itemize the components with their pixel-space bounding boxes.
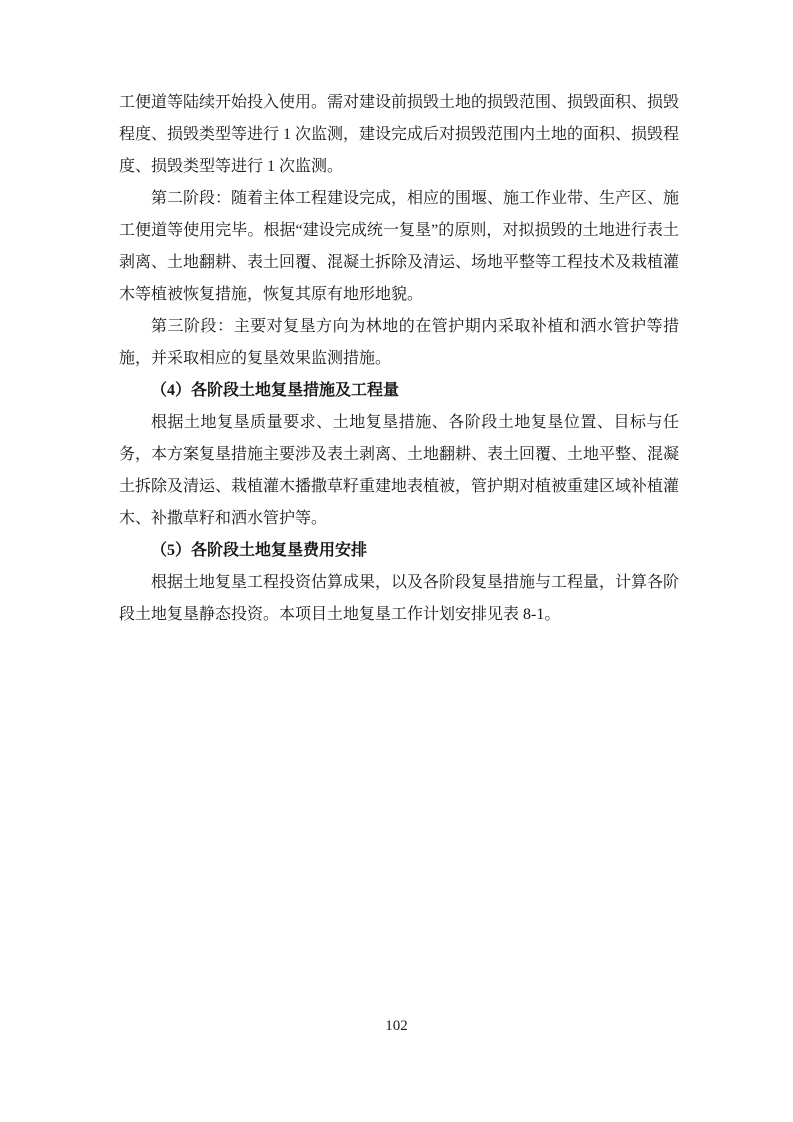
body-paragraph-stage-three: 第三阶段：主要对复垦方向为林地的在管护期内采取补植和洒水管护等措施，并采取相应的…: [119, 311, 679, 375]
section-heading-4-measures: （4）各阶段土地复垦措施及工程量: [119, 375, 679, 407]
body-paragraph-stage-two: 第二阶段：随着主体工程建设完成，相应的围堰、施工作业带、生产区、施工便道等使用完…: [119, 183, 679, 311]
document-page: 工便道等陆续开始投入使用。需对建设前损毁土地的损毁范围、损毁面积、损毁程度、损毁…: [0, 0, 793, 1122]
body-paragraph-cost-detail: 根据土地复垦工程投资估算成果，以及各阶段复垦措施与工程量，计算各阶段土地复垦静态…: [119, 567, 679, 631]
page-number: 102: [385, 1018, 408, 1034]
page-footer: 102: [0, 1014, 793, 1038]
section-heading-5-cost: （5）各阶段土地复垦费用安排: [119, 535, 679, 567]
text-block: 工便道等陆续开始投入使用。需对建设前损毁土地的损毁范围、损毁面积、损毁程度、损毁…: [119, 87, 679, 631]
body-paragraph-monitoring: 工便道等陆续开始投入使用。需对建设前损毁土地的损毁范围、损毁面积、损毁程度、损毁…: [119, 87, 679, 183]
body-paragraph-measures-detail: 根据土地复垦质量要求、土地复垦措施、各阶段土地复垦位置、目标与任务，本方案复垦措…: [119, 407, 679, 535]
